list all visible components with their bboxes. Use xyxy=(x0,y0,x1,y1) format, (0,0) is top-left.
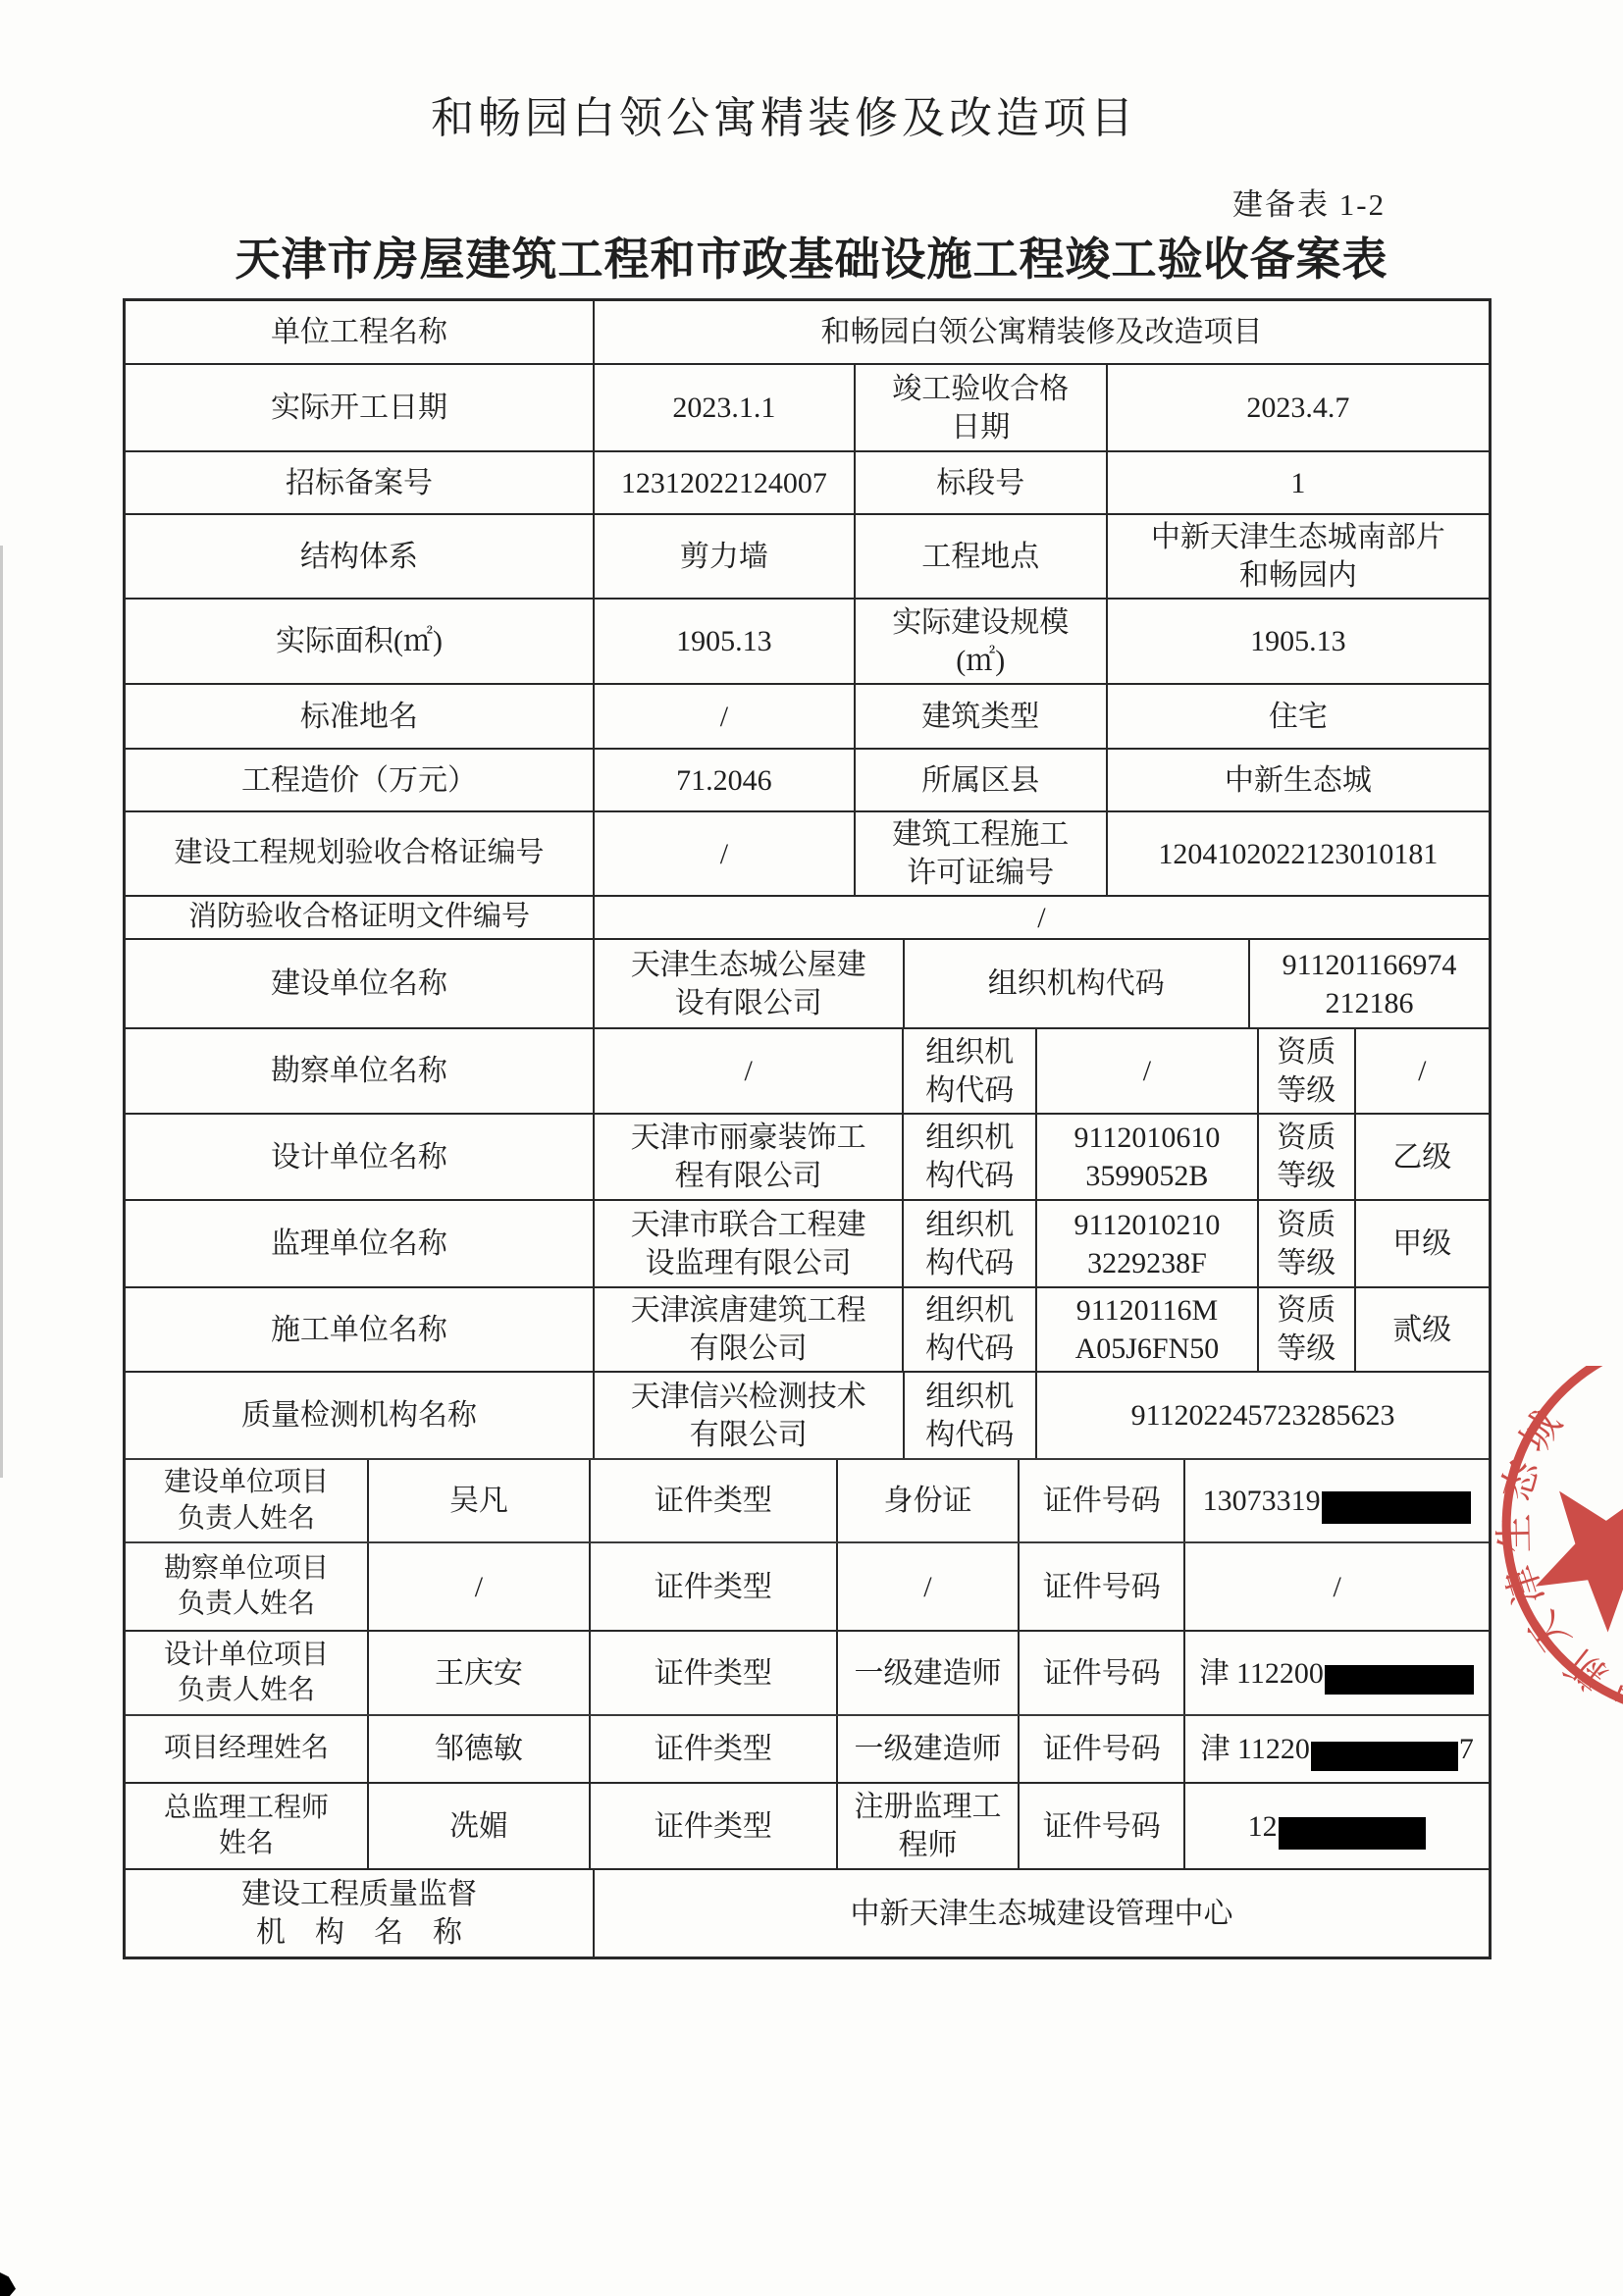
field-value-text: 津 112200 xyxy=(1199,1654,1323,1693)
field-label-cell: 组织机 构代码 xyxy=(904,1288,1036,1371)
table-row: 建设单位名称天津生态城公屋建 设有限公司组织机构代码911201166974 2… xyxy=(126,940,1489,1029)
redaction-box xyxy=(1311,1742,1458,1771)
field-label-cell: 勘察单位项目 负责人姓名 xyxy=(126,1543,369,1630)
field-value-cell: 吴凡 xyxy=(369,1460,591,1541)
field-value-cell: 12 xyxy=(1185,1784,1489,1868)
table-row: 建设工程规划验收合格证编号/建筑工程施工 许可证编号12041020221230… xyxy=(126,812,1489,897)
field-value-cell: / xyxy=(595,897,1489,938)
field-value-cell: 津 112207 xyxy=(1185,1716,1489,1782)
field-label-cell: 项目经理姓名 xyxy=(126,1716,369,1782)
field-value-cell: 天津滨唐建筑工程 有限公司 xyxy=(595,1288,905,1371)
field-label-cell: 证件类型 xyxy=(591,1716,838,1782)
table-row: 消防验收合格证明文件编号/ xyxy=(126,897,1489,940)
table-row: 设计单位名称天津市丽豪装饰工 程有限公司组织机 构代码9112010610 35… xyxy=(126,1115,1489,1201)
field-label-cell: 实际建设规模 (㎡) xyxy=(856,600,1108,683)
field-value-cell: 中新天津生态城建设管理中心 xyxy=(595,1870,1489,1957)
field-value-cell: 天津市联合工程建 设监理有限公司 xyxy=(595,1201,905,1286)
table-row: 结构体系剪力墙工程地点中新天津生态城南部片 和畅园内 xyxy=(126,515,1489,600)
field-label-cell: 组织机 构代码 xyxy=(904,1029,1036,1113)
field-value-cell: 1905.13 xyxy=(1108,600,1489,683)
filing-table: 单位工程名称和畅园白领公寓精装修及改造项目实际开工日期2023.1.1竣工验收合… xyxy=(123,298,1492,1959)
field-label-cell: 工程造价（万元） xyxy=(126,750,595,810)
field-label-cell: 建设单位项目 负责人姓名 xyxy=(126,1460,369,1541)
field-label-cell: 证件类型 xyxy=(591,1543,838,1630)
table-row: 监理单位名称天津市联合工程建 设监理有限公司组织机 构代码9112010210 … xyxy=(126,1201,1489,1288)
field-value-cell: 天津信兴检测技术 有限公司 xyxy=(595,1373,905,1458)
field-value-cell: 剪力墙 xyxy=(595,515,856,598)
table-row: 工程造价（万元）71.2046所属区县中新生态城 xyxy=(126,750,1489,812)
field-label-cell: 所属区县 xyxy=(856,750,1108,810)
field-label-cell: 竣工验收合格 日期 xyxy=(856,365,1108,450)
field-value-cell: 贰级 xyxy=(1356,1288,1489,1371)
form-code-label: 建备表 1-2 xyxy=(1232,180,1386,224)
table-row: 设计单位项目 负责人姓名王庆安证件类型一级建造师证件号码津 112200 xyxy=(126,1632,1489,1716)
field-value-text: 津 11220 xyxy=(1200,1730,1309,1768)
field-value-cell: / xyxy=(595,812,856,895)
field-label-cell: 结构体系 xyxy=(126,515,595,598)
field-value-cell: 中新生态城 xyxy=(1108,750,1489,810)
field-label-cell: 证件号码 xyxy=(1020,1543,1185,1630)
field-label-cell: 证件号码 xyxy=(1020,1716,1185,1782)
field-value-cell: 2023.1.1 xyxy=(595,365,856,450)
table-row: 单位工程名称和畅园白领公寓精装修及改造项目 xyxy=(126,301,1489,365)
field-label-cell: 监理单位名称 xyxy=(126,1201,595,1286)
field-label-cell: 建设单位名称 xyxy=(126,940,595,1027)
table-row: 总监理工程师 姓名冼媚证件类型注册监理工 程师证件号码12 xyxy=(126,1784,1489,1870)
field-value-cell: 71.2046 xyxy=(595,750,856,810)
field-value-cell: 911202245723285623 xyxy=(1037,1373,1489,1458)
redaction-box xyxy=(1322,1491,1471,1524)
redaction-box xyxy=(1325,1665,1474,1695)
filing-table-title: 天津市房屋建筑工程和市政基础设施工程竣工验收备案表 xyxy=(0,224,1623,288)
table-row: 招标备案号12312022124007标段号1 xyxy=(126,452,1489,515)
field-label-cell: 组织机 构代码 xyxy=(904,1201,1036,1286)
field-label-cell: 组织机构代码 xyxy=(905,940,1250,1027)
completion-seal-stamp: 中新天津生态城 竣工验收专用章 xyxy=(1456,1366,1623,1794)
field-label-cell: 设计单位项目 负责人姓名 xyxy=(126,1632,369,1714)
field-label-cell: 工程地点 xyxy=(856,515,1108,598)
field-label-cell: 建设工程规划验收合格证编号 xyxy=(126,812,595,895)
field-value-cell: 12312022124007 xyxy=(595,452,856,513)
field-value-cell: 一级建造师 xyxy=(838,1716,1020,1782)
field-label-cell: 消防验收合格证明文件编号 xyxy=(126,897,595,938)
field-label-cell: 设计单位名称 xyxy=(126,1115,595,1199)
scan-artifact-corner-mark xyxy=(0,2272,16,2296)
field-value-cell: 9112010210 3229238F xyxy=(1037,1201,1259,1286)
field-value-cell: / xyxy=(595,1029,905,1113)
field-label-cell: 实际开工日期 xyxy=(126,365,595,450)
table-row: 勘察单位项目 负责人姓名/证件类型/证件号码/ xyxy=(126,1543,1489,1632)
field-value-cell: 甲级 xyxy=(1356,1201,1489,1286)
scan-artifact-edge-line xyxy=(0,546,3,1478)
field-value-cell: / xyxy=(369,1543,591,1630)
table-row: 建设单位项目 负责人姓名吴凡证件类型身份证证件号码13073319 xyxy=(126,1460,1489,1543)
table-row: 质量检测机构名称天津信兴检测技术 有限公司组织机 构代码911202245723… xyxy=(126,1373,1489,1460)
table-row: 实际面积(㎡)1905.13实际建设规模 (㎡)1905.13 xyxy=(126,600,1489,685)
field-label-cell: 总监理工程师 姓名 xyxy=(126,1784,369,1868)
field-label-cell: 资质 等级 xyxy=(1259,1201,1356,1286)
field-label-cell: 建筑类型 xyxy=(856,685,1108,748)
field-value-cell: 邹德敏 xyxy=(369,1716,591,1782)
field-value-cell: / xyxy=(1037,1029,1259,1113)
field-value-cell: 1 xyxy=(1108,452,1489,513)
project-title: 和畅园白领公寓精装修及改造项目 xyxy=(0,82,1596,145)
field-value-cell: 1204102022123010181 xyxy=(1108,812,1489,895)
field-label-cell: 建设工程质量监督 机 构 名 称 xyxy=(126,1870,595,1957)
field-label-cell: 证件类型 xyxy=(591,1784,838,1868)
field-label-cell: 证件号码 xyxy=(1020,1632,1185,1714)
field-label-cell: 证件类型 xyxy=(591,1460,838,1541)
field-value-cell: 中新天津生态城南部片 和畅园内 xyxy=(1108,515,1489,598)
field-value-cell: 2023.4.7 xyxy=(1108,365,1489,450)
field-value-cell: 91120116M A05J6FN50 xyxy=(1037,1288,1259,1371)
field-value-cell: 身份证 xyxy=(838,1460,1020,1541)
field-value-cell: / xyxy=(1185,1543,1489,1630)
field-label-cell: 资质 等级 xyxy=(1259,1115,1356,1199)
field-value-cell: 13073319 xyxy=(1185,1460,1489,1541)
field-label-cell: 证件类型 xyxy=(591,1632,838,1714)
table-row: 实际开工日期2023.1.1竣工验收合格 日期2023.4.7 xyxy=(126,365,1489,452)
field-label-cell: 资质 等级 xyxy=(1259,1288,1356,1371)
field-label-cell: 证件号码 xyxy=(1020,1784,1185,1868)
table-row: 勘察单位名称/组织机 构代码/资质 等级/ xyxy=(126,1029,1489,1115)
field-value-cell: 1905.13 xyxy=(595,600,856,683)
field-label-cell: 组织机 构代码 xyxy=(904,1115,1036,1199)
field-label-cell: 资质 等级 xyxy=(1259,1029,1356,1113)
field-label-cell: 实际面积(㎡) xyxy=(126,600,595,683)
field-label-cell: 证件号码 xyxy=(1020,1460,1185,1541)
table-row: 施工单位名称天津滨唐建筑工程 有限公司组织机 构代码91120116M A05J… xyxy=(126,1288,1489,1373)
field-value-cell: 一级建造师 xyxy=(838,1632,1020,1714)
field-value-cell: / xyxy=(838,1543,1020,1630)
field-value-cell: 和畅园白领公寓精装修及改造项目 xyxy=(595,301,1489,363)
table-row: 项目经理姓名邹德敏证件类型一级建造师证件号码津 112207 xyxy=(126,1716,1489,1784)
table-row: 建设工程质量监督 机 构 名 称中新天津生态城建设管理中心 xyxy=(126,1870,1489,1957)
field-value-cell: 冼媚 xyxy=(369,1784,591,1868)
redaction-box xyxy=(1279,1817,1426,1850)
field-value-cell: 王庆安 xyxy=(369,1632,591,1714)
field-value-text: 13073319 xyxy=(1203,1482,1321,1520)
field-value-cell: / xyxy=(595,685,856,748)
field-label-cell: 施工单位名称 xyxy=(126,1288,595,1371)
field-value-text: 12 xyxy=(1248,1807,1278,1846)
field-value-cell: 天津生态城公屋建 设有限公司 xyxy=(595,940,905,1027)
field-label-cell: 建筑工程施工 许可证编号 xyxy=(856,812,1108,895)
field-label-cell: 标准地名 xyxy=(126,685,595,748)
field-value-cell: / xyxy=(1356,1029,1489,1113)
field-value-cell: 住宅 xyxy=(1108,685,1489,748)
field-label-cell: 勘察单位名称 xyxy=(126,1029,595,1113)
field-label-cell: 标段号 xyxy=(856,452,1108,513)
field-value-cell: 天津市丽豪装饰工 程有限公司 xyxy=(595,1115,905,1199)
field-value-cell: 注册监理工 程师 xyxy=(838,1784,1020,1868)
field-value-cell: 9112010610 3599052B xyxy=(1037,1115,1259,1199)
field-label-cell: 质量检测机构名称 xyxy=(126,1373,595,1458)
field-value-cell: 津 112200 xyxy=(1185,1632,1489,1714)
table-row: 标准地名/建筑类型住宅 xyxy=(126,685,1489,750)
field-value-cell: 911201166974 212186 xyxy=(1250,940,1489,1027)
field-label-cell: 单位工程名称 xyxy=(126,301,595,363)
field-label-cell: 组织机 构代码 xyxy=(905,1373,1037,1458)
field-label-cell: 招标备案号 xyxy=(126,452,595,513)
field-value-cell: 乙级 xyxy=(1356,1115,1489,1199)
